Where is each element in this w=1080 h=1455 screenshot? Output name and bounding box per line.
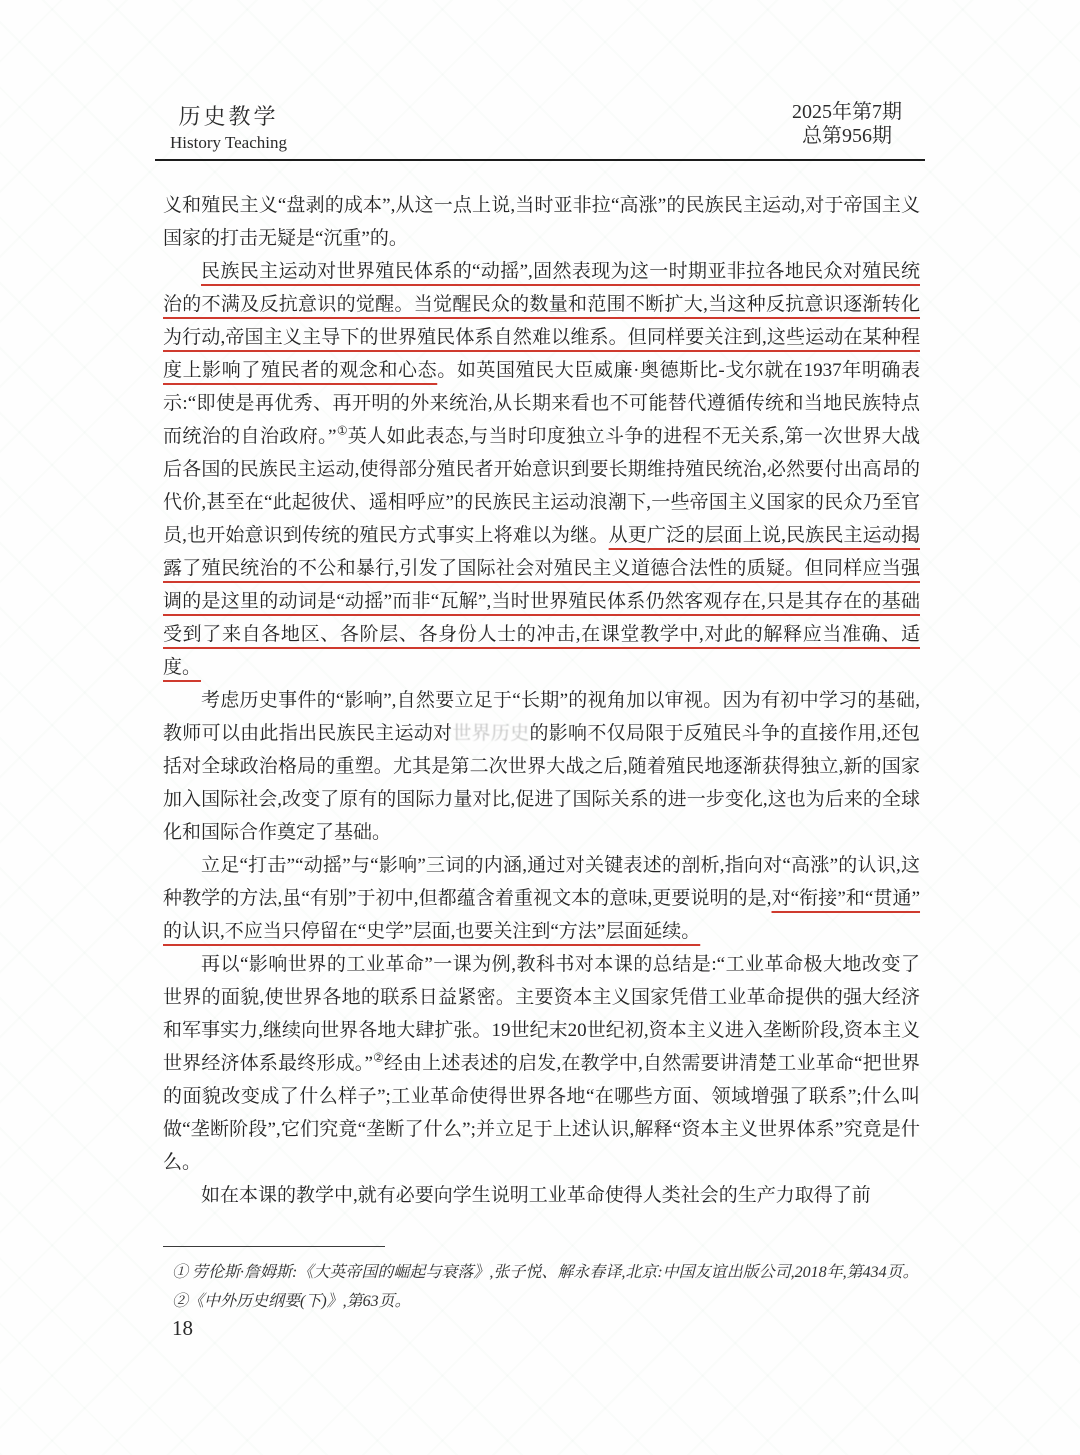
page-header: 历史教学 History Teaching 2025年第7期 总第956期 — [170, 100, 902, 153]
issue-number: 2025年第7期 — [792, 100, 902, 124]
footnote-ref-marker: ② — [373, 1052, 384, 1065]
text-segment: 世界历史 — [452, 723, 529, 744]
footnote-separator — [163, 1246, 385, 1247]
text-segment: 义和殖民主义“盘剥的成本”,从这一点上说,当时亚非拉“高涨”的民族民主运动,对于… — [163, 195, 920, 249]
issue-total: 总第956期 — [802, 124, 892, 148]
issue-info-block: 2025年第7期 总第956期 — [792, 100, 902, 148]
page-number: 18 — [172, 1316, 193, 1341]
journal-title-en: History Teaching — [170, 133, 287, 153]
journal-title-zh: 历史教学 — [178, 100, 278, 131]
footnote-item: ②《中外历史纲要(下)》,第63页。 — [172, 1287, 928, 1316]
footnote-ref-marker: ① — [336, 425, 347, 438]
body-paragraphs: 义和殖民主义“盘剥的成本”,从这一点上说,当时亚非拉“高涨”的民族民主运动,对于… — [163, 189, 920, 1212]
paragraph: 立足“打击”“动摇”与“影响”三词的内涵,通过对关键表述的剖析,指向对“高涨”的… — [163, 849, 920, 948]
footnote-list: ① 劳伦斯·詹姆斯:《大英帝国的崛起与衰落》,张子悦、解永春译,北京:中国友谊出… — [172, 1258, 928, 1316]
footnote-item: ① 劳伦斯·詹姆斯:《大英帝国的崛起与衰落》,张子悦、解永春译,北京:中国友谊出… — [172, 1258, 928, 1287]
paragraph: 再以“影响世界的工业革命”一课为例,教科书对本课的总结是:“工业革命极大地改变了… — [163, 948, 920, 1179]
paragraph: 义和殖民主义“盘剥的成本”,从这一点上说,当时亚非拉“高涨”的民族民主运动,对于… — [163, 189, 920, 255]
document-page: 历史教学 History Teaching 2025年第7期 总第956期 义和… — [0, 0, 1080, 1455]
header-rule — [155, 159, 925, 161]
journal-title-block: 历史教学 History Teaching — [170, 100, 287, 153]
paragraph: 民族民主运动对世界殖民体系的“动摇”,固然表现为这一时期亚非拉各地民众对殖民统治… — [163, 255, 920, 684]
text-segment: 如在本课的教学中,就有必要向学生说明工业革命使得人类社会的生产力取得了前 — [201, 1185, 871, 1206]
paragraph: 考虑历史事件的“影响”,自然要立足于“长期”的视角加以审视。因为有初中学习的基础… — [163, 684, 920, 849]
paragraph: 如在本课的教学中,就有必要向学生说明工业革命使得人类社会的生产力取得了前 — [163, 1179, 920, 1212]
text-segment: 从更广泛的层面上说,民族民主运动揭露了殖民统治的不公和暴行,引发了国际社会对殖民… — [163, 525, 920, 678]
